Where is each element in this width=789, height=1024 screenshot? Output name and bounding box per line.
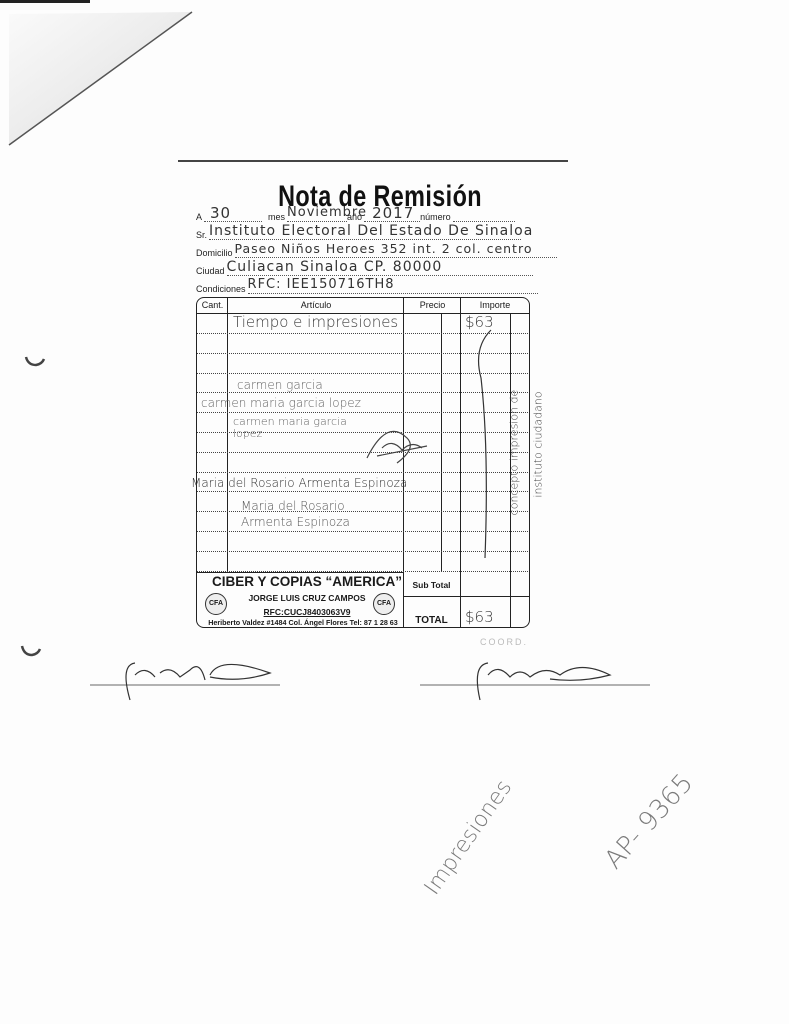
handwritten-name: carmen maria garcia lopez — [233, 416, 353, 440]
pencil-note-reference: AP- 9365 — [599, 768, 699, 875]
col-divider — [460, 298, 461, 627]
punch-hole-icon — [24, 355, 46, 367]
recipient-label: Sr. — [196, 230, 207, 240]
city-line: Ciudad Culiacan Sinaloa CP. 80000 — [196, 258, 536, 276]
city-label: Ciudad — [196, 266, 225, 276]
city-value: Culiacan Sinaloa CP. 80000 — [227, 259, 533, 276]
handwritten-name: Maria del Rosario Armenta Espinoza — [191, 476, 407, 490]
vendor-name: CIBER Y COPIAS “AMERICA” — [207, 574, 407, 589]
total-value: $63 — [465, 608, 494, 626]
number-label: número — [420, 212, 451, 222]
margin-note: instituto ciudadano — [532, 350, 545, 540]
total-label: TOTAL — [403, 615, 460, 626]
year-value: 2017 — [364, 205, 420, 222]
margin-note: concepto impresion de — [508, 358, 521, 548]
conditions-line: Condiciones RFC: IEE150716TH8 — [196, 276, 536, 294]
items-table: Cant. Artículo Precio Importe Tiempo e i… — [196, 297, 530, 628]
day-value: 30 — [204, 205, 262, 222]
margin-bracket — [471, 328, 531, 568]
month-value: Noviembre — [287, 205, 347, 222]
vendor-address: Heriberto Valdez #1484 Col. Ángel Flores… — [197, 618, 409, 627]
signature-left — [90, 655, 300, 705]
col-header-importe: Importe — [461, 298, 529, 314]
subtotal-label: Sub Total — [403, 580, 460, 590]
address-value: Paseo Niños Heroes 352 int. 2 col. centr… — [235, 241, 557, 258]
address-label: Domicilio — [196, 248, 233, 258]
top-rule — [178, 160, 568, 162]
total-divider — [403, 596, 529, 597]
folded-corner — [0, 0, 200, 150]
handwritten-name: carmen garcia — [237, 378, 323, 392]
col-header-articulo: Artículo — [228, 298, 404, 314]
month-label: mes — [268, 212, 285, 222]
col-header-precio: Precio — [404, 298, 461, 314]
address-line: Domicilio Paseo Niños Heroes 352 int. 2 … — [196, 240, 556, 258]
pencil-note-impresiones: Impresiones — [420, 776, 517, 900]
vendor-rfc: RFC:CUCJ8403063V9 — [227, 607, 387, 617]
day-label: A — [196, 212, 202, 222]
handwritten-name: Maria del Rosario Armenta Espinoza — [241, 498, 391, 530]
number-value — [453, 205, 515, 222]
handwritten-name: carmen maria garcia lopez — [201, 396, 361, 410]
signature-scribble — [357, 418, 437, 478]
col-header-cant: Cant. — [197, 298, 228, 314]
conditions-value: RFC: IEE150716TH8 — [248, 277, 538, 294]
faint-stamp: COORD. — [480, 637, 528, 647]
recipient-value: Instituto Electoral Del Estado De Sinalo… — [209, 223, 521, 240]
date-line: A 30 mes Noviembre año 2017 número — [196, 204, 536, 222]
vendor-logo-icon: CFA — [205, 593, 227, 615]
conditions-label: Condiciones — [196, 284, 246, 294]
item-articulo: Tiempo e impresiones — [233, 313, 398, 331]
punch-hole-icon — [20, 645, 42, 657]
vendor-logo-icon: CFA — [373, 593, 395, 615]
signature-right — [420, 655, 650, 705]
recipient-line: Sr. Instituto Electoral Del Estado De Si… — [196, 222, 536, 240]
vendor-owner: JORGE LUIS CRUZ CAMPOS — [227, 593, 387, 603]
